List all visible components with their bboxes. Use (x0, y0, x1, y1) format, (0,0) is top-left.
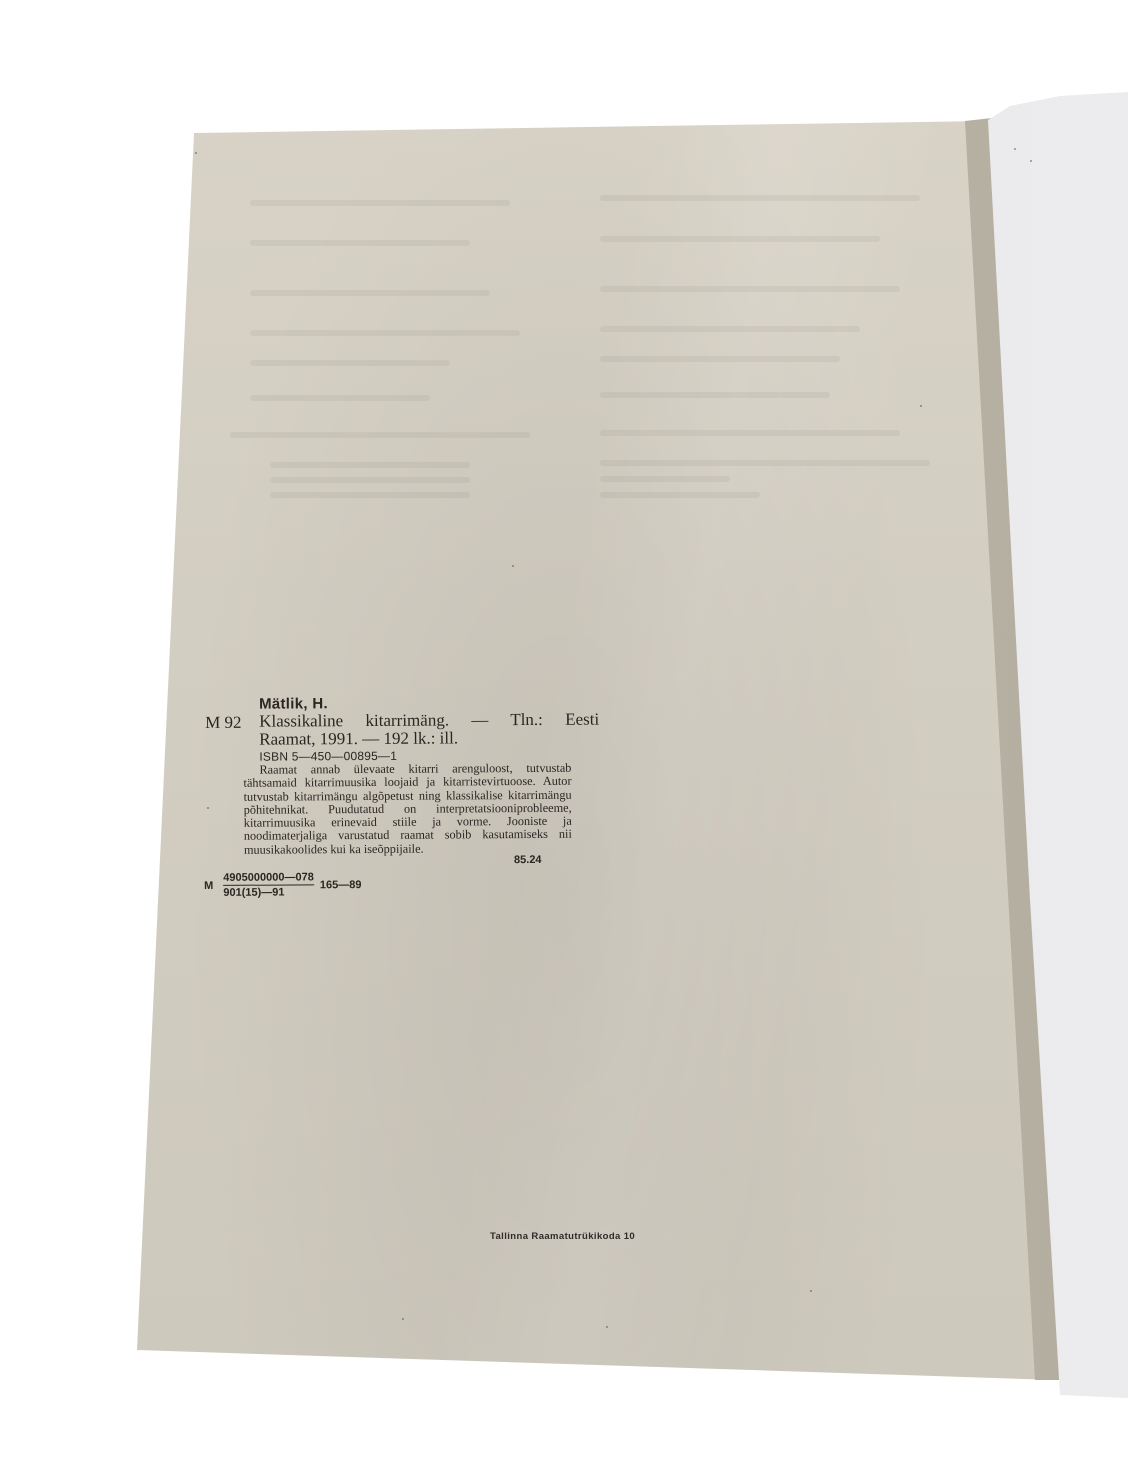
catalog-fraction: 4905000000—078 901(15)—91 (223, 871, 314, 899)
book-annotation: Raamat annab ülevaate kitarri arenguloos… (243, 762, 572, 857)
printer-line: Tallinna Raamatutrükikoda 10 (490, 1231, 635, 1242)
index-code: M 92 (205, 713, 241, 733)
publication-line: Raamat, 1991. — 192 lk.: ill. (259, 729, 458, 748)
catalog-denominator: 901(15)—91 (223, 886, 284, 899)
classification-code: 85.24 (514, 854, 542, 866)
catalog-letter: M (204, 879, 213, 891)
page-shadow (0, 0, 1128, 1484)
catalog-code: M 4905000000—078 901(15)—91 165—89 (204, 871, 361, 899)
catalog-numerator: 4905000000—078 (223, 871, 314, 886)
author-name: Mätlik, H. (259, 695, 328, 712)
left-book-page (0, 0, 1128, 1484)
catalog-suffix: 165—89 (320, 879, 362, 891)
